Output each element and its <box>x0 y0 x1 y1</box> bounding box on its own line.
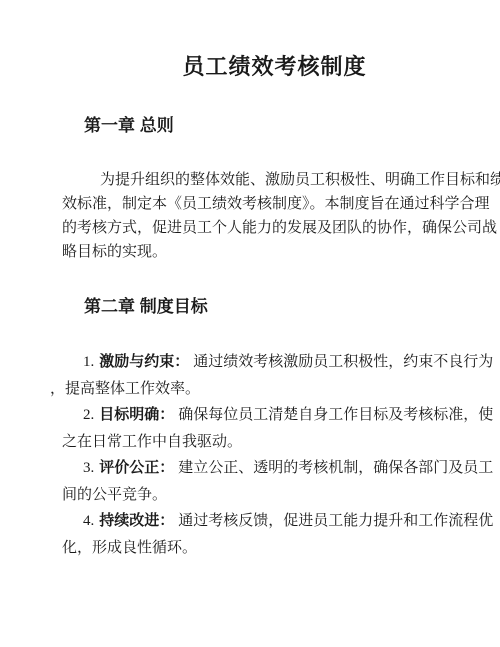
paragraph-line: 为提升组织的整体效能、激励员工积极性、明确工作目标和绩 <box>62 168 457 192</box>
list-item-line: ，提高整体工作效率。 <box>50 376 462 403</box>
item-text: 建立公正、透明的考核机制，确保各部门及员工 <box>178 460 493 476</box>
item-term: 评价公正： <box>99 460 174 476</box>
item-term: 目标明确： <box>99 407 174 423</box>
list-item-line: 3.评价公正：建立公正、透明的考核机制，确保各部门及员工 <box>62 455 462 482</box>
chapter-1-paragraph: 为提升组织的整体效能、激励员工积极性、明确工作目标和绩 效标准，制定本《员工绩效… <box>62 168 457 264</box>
item-text: 通过绩效考核激励员工积极性，约束不良行为 <box>193 354 493 370</box>
chapter-2-heading: 第二章 制度目标 <box>62 295 208 319</box>
list-item-line: 间的公平竞争。 <box>62 482 462 509</box>
document-title: 员工绩效考核制度 <box>62 53 443 81</box>
chapter-1-heading: 第一章 总则 <box>62 114 174 138</box>
item-number: 1. <box>83 354 94 370</box>
item-number: 2. <box>83 407 94 423</box>
list-item-line: 化，形成良性循环。 <box>62 535 462 562</box>
item-text: 通过考核反馈，促进员工能力提升和工作流程优 <box>178 513 493 529</box>
item-text: 确保每位员工清楚自身工作目标及考核标准，使 <box>178 407 493 423</box>
list-item-line: 之在日常工作中自我驱动。 <box>62 429 462 456</box>
paragraph-line: 效标准，制定本《员工绩效考核制度》。本制度旨在通过科学合理 <box>62 192 457 216</box>
item-number: 4. <box>83 513 94 529</box>
list-item-line: 2.目标明确：确保每位员工清楚自身工作目标及考核标准，使 <box>62 402 462 429</box>
chapter-2-list: 1.激励与约束：通过绩效考核激励员工积极性，约束不良行为 ，提高整体工作效率。 … <box>62 349 462 561</box>
list-item-line: 4.持续改进：通过考核反馈，促进员工能力提升和工作流程优 <box>62 508 462 535</box>
document-page: 员工绩效考核制度 第一章 总则 为提升组织的整体效能、激励员工积极性、明确工作目… <box>0 0 500 647</box>
item-term: 持续改进： <box>99 513 174 529</box>
paragraph-line: 略目标的实现。 <box>62 240 457 264</box>
item-term: 激励与约束： <box>99 354 189 370</box>
item-number: 3. <box>83 460 94 476</box>
paragraph-line: 的考核方式，促进员工个人能力的发展及团队的协作，确保公司战 <box>62 216 457 240</box>
list-item-line: 1.激励与约束：通过绩效考核激励员工积极性，约束不良行为 <box>62 349 462 376</box>
